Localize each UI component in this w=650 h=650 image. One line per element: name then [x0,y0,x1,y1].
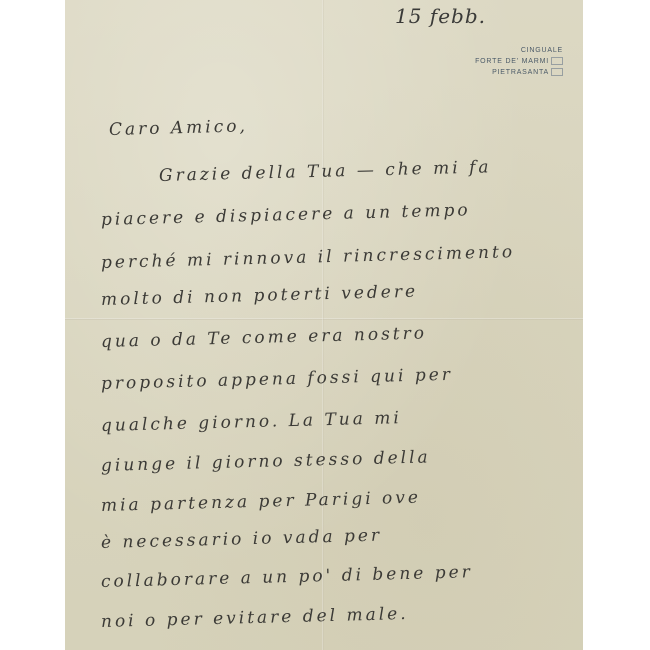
body-line: è necessario io vada per [101,526,383,553]
body-line: mia partenza per Parigi ove [101,488,421,516]
letterhead-line: FORTE DE' MARMI [475,58,549,65]
salutation: Caro Amico, [109,116,248,140]
body-line: noi o per evitare del male. [101,604,409,632]
letterhead: CINGUALE FORTE DE' MARMI PIETRASANTA [413,45,563,78]
letter-paper: 15 febb. CINGUALE FORTE DE' MARMI PIETRA… [65,0,583,650]
body-line: qua o da Te come era nostro [101,323,428,352]
horizontal-fold [65,318,583,320]
body-line: collaborare a un po' di bene per [101,562,473,592]
body-line: giunge il giorno stesso della [101,447,431,476]
body-line: qualche giorno. La Tua mi [101,408,402,436]
letter-date: 15 febb. [395,4,486,28]
body-line: perché mi rinnova il rincrescimento [101,242,516,273]
letterhead-line: PIETRASANTA [492,69,549,76]
body-line: molto di non poterti vedere [101,282,419,310]
body-line: piacere e dispiacere a un tempo [101,200,471,230]
body-line: Grazie della Tua — che mi fa [159,157,492,186]
vertical-fold [322,0,324,650]
telegraph-icon [551,57,563,65]
railway-icon [551,68,563,76]
body-line: proposito appena fossi qui per [101,365,453,394]
letterhead-line: CINGUALE [413,45,563,56]
